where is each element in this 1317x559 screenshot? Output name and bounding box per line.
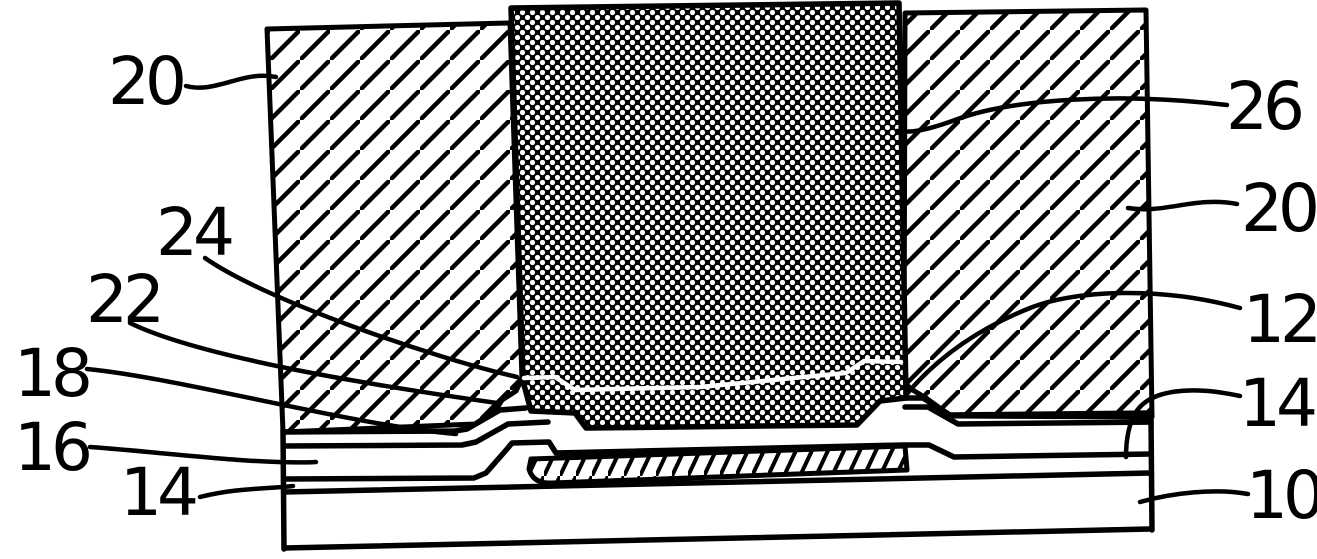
ref-label-12: 12 — [1243, 281, 1317, 358]
ref-label-18: 18 — [14, 335, 89, 412]
ref-label-10: 10 — [1246, 457, 1317, 534]
ref-label-20-right: 20 — [1241, 170, 1316, 247]
ref-label-14-right: 14 — [1239, 365, 1315, 442]
hatched-block-right-20 — [904, 10, 1152, 417]
stack-right-edge — [1151, 416, 1152, 530]
patent-figure-page: 20 26 20 24 22 18 16 14 12 14 10 — [0, 0, 1317, 559]
ref-label-20-left: 20 — [108, 43, 183, 120]
ref-label-14-left: 14 — [120, 454, 196, 531]
ref-label-24: 24 — [156, 194, 232, 271]
dotted-plug-26-24 — [511, 3, 906, 428]
cross-section-diagram: 20 26 20 24 22 18 16 14 12 14 10 — [0, 0, 1317, 559]
ref-label-26: 26 — [1226, 68, 1301, 145]
ref-label-22: 22 — [86, 261, 160, 338]
ref-label-16: 16 — [14, 409, 89, 486]
stack-left-edge — [283, 430, 284, 549]
